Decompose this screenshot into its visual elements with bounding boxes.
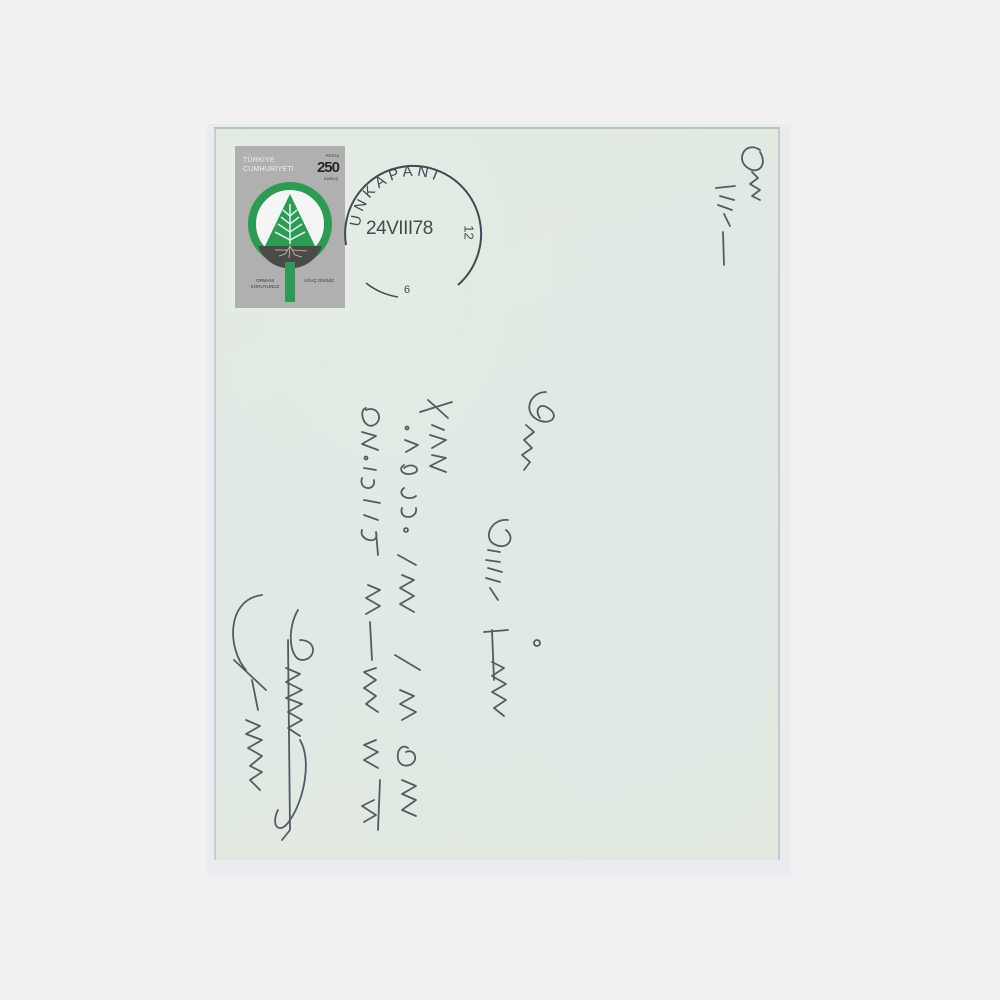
address-line-1-scribble — [420, 400, 452, 472]
handwriting-layer — [0, 0, 1000, 1000]
corner-note-scribble — [716, 147, 763, 265]
recipient-name-scribble — [484, 520, 540, 716]
address-line-2-scribble — [395, 427, 420, 817]
salutation-scribble — [522, 392, 554, 470]
address-line-3-scribble — [361, 408, 380, 830]
city-lines-scribble — [233, 595, 313, 840]
